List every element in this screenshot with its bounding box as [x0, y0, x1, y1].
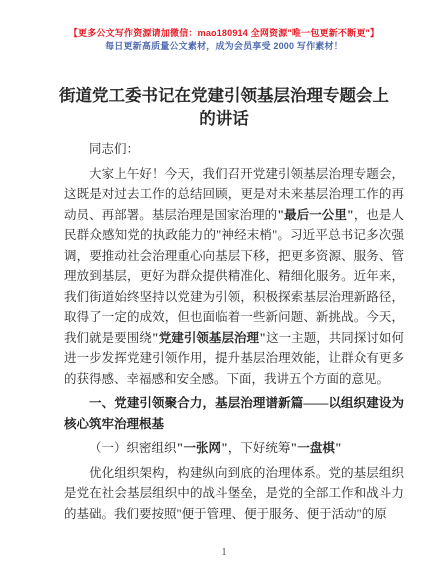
paragraph-body-para: 优化组织架构，构建纵向到底的治理体系。党的基层组织是党在社会基层组织中的战斗堡垒… — [64, 463, 404, 525]
document-title: 街道党工委书记在党建引领基层治理专题会上的讲话 — [0, 84, 448, 130]
text-run: 同志们： — [89, 142, 139, 156]
document-body: 同志们：大家上午好！今天，我们召开党建引领基层治理专题会，这既是对过去工作的总结… — [0, 139, 448, 524]
paragraph-body-para: 大家上午好！今天，我们召开党建引领基层治理专题会，这既是对过去工作的总结回顾，更… — [64, 164, 404, 390]
emphasis-run: "一盘棋" — [290, 441, 341, 455]
text-run: ，也是人民群众感知党的执政能力的"神经末梢"。习近平总书记多次强调，要推动社会治… — [64, 208, 404, 345]
emphasis-run: "一张网" — [177, 441, 228, 455]
emphasis-run: "最后一公里" — [277, 208, 354, 222]
text-run: （一）织密组织 — [89, 441, 177, 455]
paragraph-heading1: 一、党建引领聚合力，基层治理谱新篇——以组织建设为核心筑牢治理根基 — [64, 393, 404, 434]
paragraph-body-para: 同志们： — [64, 139, 404, 160]
text-run: 优化组织架构，构建纵向到底的治理体系。党的基层组织是党在社会基层组织中的战斗堡垒… — [64, 466, 404, 521]
text-run: ，下好统筹 — [228, 441, 291, 455]
emphasis-run: "党建引领基层治理" — [152, 331, 266, 345]
promo-line-1: 【更多公文写作资源请加微信：mao180914 全网资源"唯一包更新不断更"】 — [0, 27, 448, 40]
document-page: 【更多公文写作资源请加微信：mao180914 全网资源"唯一包更新不断更"】 … — [0, 0, 448, 580]
paragraph-sub-heading: （一）织密组织"一张网"，下好统筹"一盘棋" — [64, 438, 404, 459]
page-number: 1 — [0, 547, 448, 558]
promo-banner: 【更多公文写作资源请加微信：mao180914 全网资源"唯一包更新不断更"】 … — [0, 0, 448, 52]
promo-line-2: 每日更新高质量公文素材，成为会员享受 2000 写作素材！ — [0, 40, 448, 52]
emphasis-run: 一、党建引领聚合力，基层治理谱新篇——以组织建设为核心筑牢治理根基 — [64, 396, 404, 431]
